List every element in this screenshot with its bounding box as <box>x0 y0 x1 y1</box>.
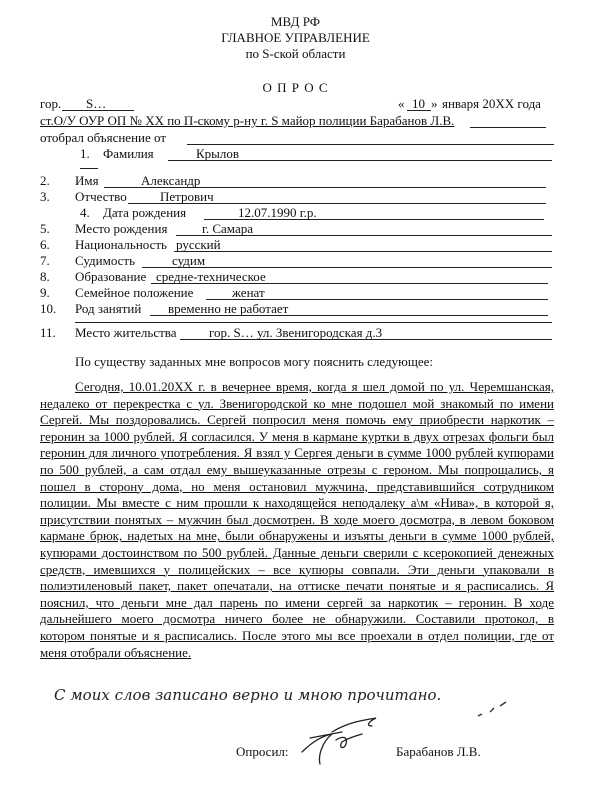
statement-body: Сегодня, 10.01.20ХХ г. в вечернее время,… <box>40 379 554 661</box>
nationality-underline <box>174 251 552 252</box>
education-underline <box>151 283 548 284</box>
field-number: 2. <box>40 173 50 189</box>
field-label-nationality: Национальность <box>75 237 167 253</box>
statement-line: недалеко от перекрестка с ул. Звенигород… <box>40 396 554 413</box>
field-number: 10. <box>40 301 56 317</box>
statement-line: геронин для личного употребления. Я взял… <box>40 445 554 462</box>
org-name-line1: МВД РФ <box>0 14 591 30</box>
occupation-underline <box>150 315 548 316</box>
date-month-year: января 20XX года <box>442 96 541 112</box>
field-label-birthdate: Дата рождения <box>103 205 186 221</box>
org-name-line2: ГЛАВНОЕ УПРАВЛЕНИЕ <box>0 30 591 46</box>
signature-scribble-icon <box>292 712 382 768</box>
date-day: 10 <box>412 96 425 112</box>
occupation-extra-underline <box>75 322 552 323</box>
statement-line: пошел в сторону дома, но меня остановил … <box>40 479 554 496</box>
org-name-line3: по S-ской области <box>0 46 591 62</box>
document-title: О П Р О С <box>0 80 591 96</box>
statement-line: меня отобрали объяснение. <box>40 645 554 662</box>
name-underline <box>104 187 546 188</box>
statement-intro: По существу заданных мне вопросов могу п… <box>75 354 433 370</box>
criminal-record-underline <box>142 267 552 268</box>
field-label-name: Имя <box>75 173 99 189</box>
officer-line: ст.О/У ОУР ОП № ХХ по П-скому р-ну г. S … <box>40 113 454 129</box>
date-close-quote: » <box>431 96 438 112</box>
handwritten-confirmation: С моих слов записано верно и мною прочит… <box>54 686 441 704</box>
field-label-education: Образование <box>75 269 146 285</box>
field-label-occupation: Род занятий <box>75 301 141 317</box>
statement-line: купюрами достоинством по 500 рублей. Дан… <box>40 545 554 562</box>
birthplace-underline <box>176 235 552 236</box>
patronymic-underline <box>128 203 546 204</box>
marital-status-underline <box>206 299 548 300</box>
statement-line: дальнейшего моего досмотра ничего более … <box>40 611 554 628</box>
date-open-quote: « <box>398 96 405 112</box>
statement-line: Сегодня, 10.01.20ХХ г. в вечернее время,… <box>40 379 554 396</box>
field-number: 3. <box>40 189 50 205</box>
field-label-surname: Фамилия <box>103 146 154 162</box>
surname-underline <box>168 160 552 161</box>
statement-line: по 500 рублей, а сам отдал ему вышеуказа… <box>40 462 554 479</box>
statement-line: геронин за 1000 рублей. Я согласился. У … <box>40 429 554 446</box>
field-label-marital-status: Семейное положение <box>75 285 193 301</box>
officer-line-underline <box>470 127 546 128</box>
statement-line: Сергей. Мы поздоровались. Сергей попроси… <box>40 412 554 429</box>
city-label: гор. <box>40 96 61 112</box>
stub-underline <box>80 168 98 169</box>
statement-line: пояснил, что деньги мне дал парень по им… <box>40 595 554 612</box>
field-number: 11. <box>40 325 56 341</box>
field-number: 8. <box>40 269 50 285</box>
field-number: 7. <box>40 253 50 269</box>
residence-underline <box>180 339 552 340</box>
signature-name: Барабанов Л.В. <box>396 744 481 760</box>
field-label-criminal-record: Судимость <box>75 253 135 269</box>
field-label-residence: Место жительства <box>75 325 177 341</box>
statement-line: средств, имевшихся у полицейских – все к… <box>40 562 554 579</box>
field-number: 9. <box>40 285 50 301</box>
field-label-patronymic: Отчество <box>75 189 127 205</box>
birthdate-underline <box>204 219 544 220</box>
statement-line: полиэтиленовый пакет, пакет опечатали, н… <box>40 578 554 595</box>
statement-line: котором понятые и я расписались. После э… <box>40 628 554 645</box>
field-number: 5. <box>40 221 50 237</box>
field-number: 4. <box>80 205 90 221</box>
field-number: 6. <box>40 237 50 253</box>
statement-line: присутствии понятых – мужчин был досмотр… <box>40 512 554 529</box>
took-statement-label: отобрал объяснение от <box>40 130 166 146</box>
city-value: S… <box>86 96 106 112</box>
statement-line: кармане брюк, надетых на мне, были обнар… <box>40 528 554 545</box>
field-number: 1. <box>80 146 90 162</box>
statement-line: полиции. Мы вместе с ним прошли к находя… <box>40 495 554 512</box>
took-statement-underline <box>187 144 554 145</box>
field-label-birthplace: Место рождения <box>75 221 167 237</box>
signature-label: Опросил: <box>236 744 289 760</box>
handwritten-mark-icon <box>476 700 516 720</box>
